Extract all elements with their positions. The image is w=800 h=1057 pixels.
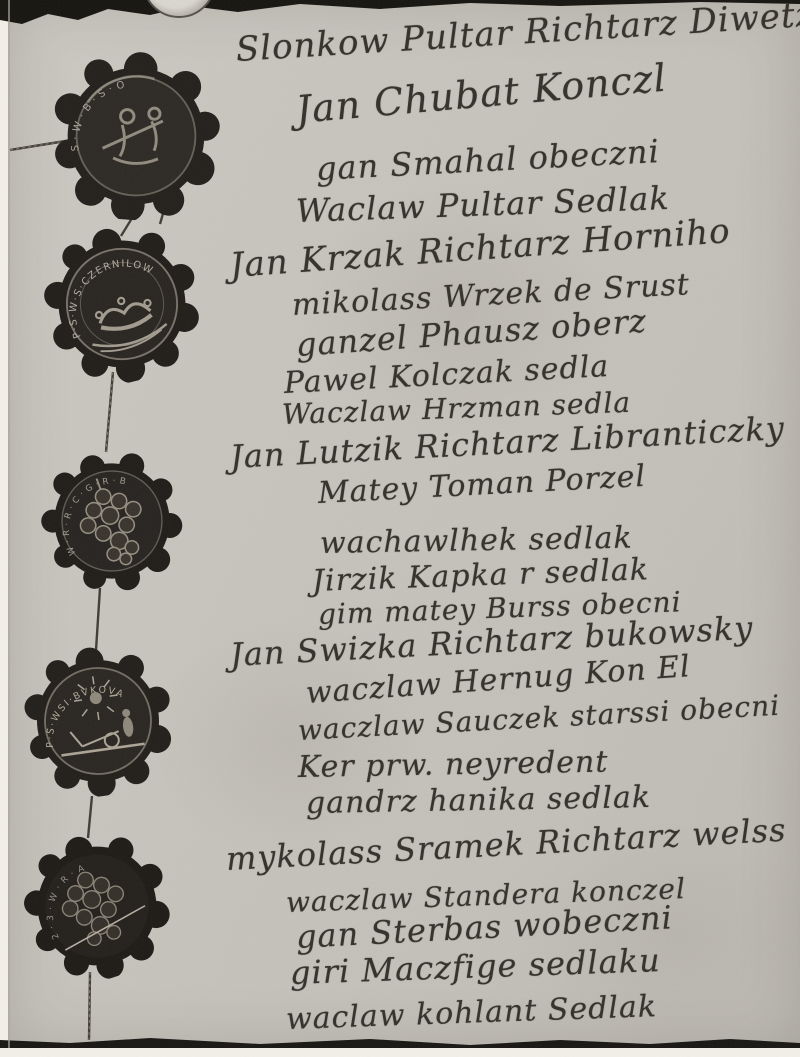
wax-seal-4: P·S·WSI·BVKOVA xyxy=(12,636,183,806)
handwritten-line: gandrz hanika sedlak xyxy=(306,780,652,821)
wax-seal-figures-icon: S·W·B·S·O xyxy=(44,46,227,226)
photographed-manuscript-page: S·W·B·S·O P·S·W·S·CZERNILOW xyxy=(0,0,800,1057)
wax-seal-1: S·W·B·S·O xyxy=(44,46,227,226)
wax-seal-plough-icon: P·S·WSI·BVKOVA xyxy=(12,636,183,806)
handwritten-line: Ker prw. neyredent xyxy=(298,745,609,785)
